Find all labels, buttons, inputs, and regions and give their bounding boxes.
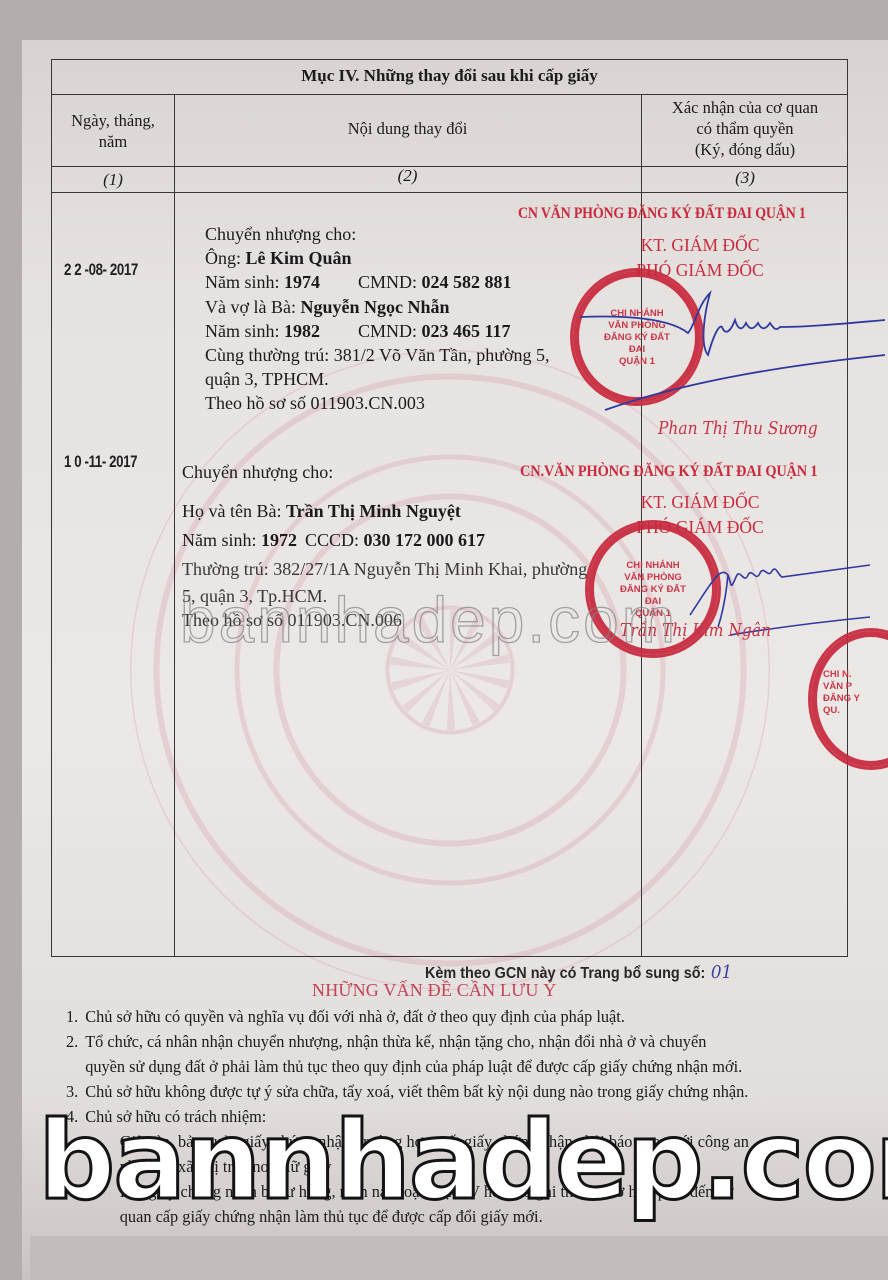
column-number: (3) <box>641 168 849 188</box>
owner-name: Trần Thị Minh Nguyệt <box>286 501 461 521</box>
id-number: 030 172 000 617 <box>364 530 486 550</box>
section-title: Mục IV. Những thay đổi sau khi cấp giấy <box>52 66 847 86</box>
entry-date: 2 2 -08- 2017 <box>64 260 138 280</box>
table-rule <box>52 94 847 95</box>
header-content: Nội dung thay đổi <box>174 118 641 139</box>
entry-date: 1 0 -11- 2017 <box>64 452 137 472</box>
signer-name: Phan Thị Thu Sương <box>658 418 818 439</box>
column-number: (2) <box>174 166 641 186</box>
column-divider <box>174 94 175 956</box>
spouse-name: Nguyễn Ngọc Nhẫn <box>301 297 450 317</box>
owner-name: Lê Kim Quân <box>246 248 352 268</box>
notes-title: NHỮNG VẤN ĐỀ CẦN LƯU Ý <box>312 980 557 1001</box>
column-number: (1) <box>52 170 174 190</box>
entry-content: Chuyển nhượng cho: Ông: Lê Kim Quân Năm … <box>205 222 550 416</box>
watermark-banner: bannhadep.com <box>38 1108 888 1216</box>
signature <box>570 285 888 415</box>
note-item: 2.Tổ chức, cá nhân nhận chuyển nhượng, n… <box>66 1029 834 1079</box>
id-number: 023 465 117 <box>422 321 511 341</box>
office-name: CN VĂN PHÒNG ĐĂNG KÝ ĐẤT ĐAI QUẬN 1 <box>518 205 806 223</box>
header-date: Ngày, tháng, năm <box>52 110 174 152</box>
id-number: 024 582 881 <box>422 272 512 292</box>
note-item: 1.Chủ sở hữu có quyền và nghĩa vụ đối vớ… <box>66 1004 834 1029</box>
watermark-outline: bannhadep.com <box>180 583 678 657</box>
signer-title: KT. GIÁM ĐỐC <box>610 492 790 513</box>
attachment-number: 01 <box>711 962 732 983</box>
signer-title: KT. GIÁM ĐỐC <box>610 235 790 256</box>
table-rule <box>52 192 847 193</box>
page-edge <box>30 1236 888 1280</box>
office-name: CN.VĂN PHÒNG ĐĂNG KÝ ĐẤT ĐAI QUẬN 1 <box>520 463 817 481</box>
header-certification: Xác nhận của cơ quan có thẩm quyền (Ký, … <box>641 97 849 160</box>
